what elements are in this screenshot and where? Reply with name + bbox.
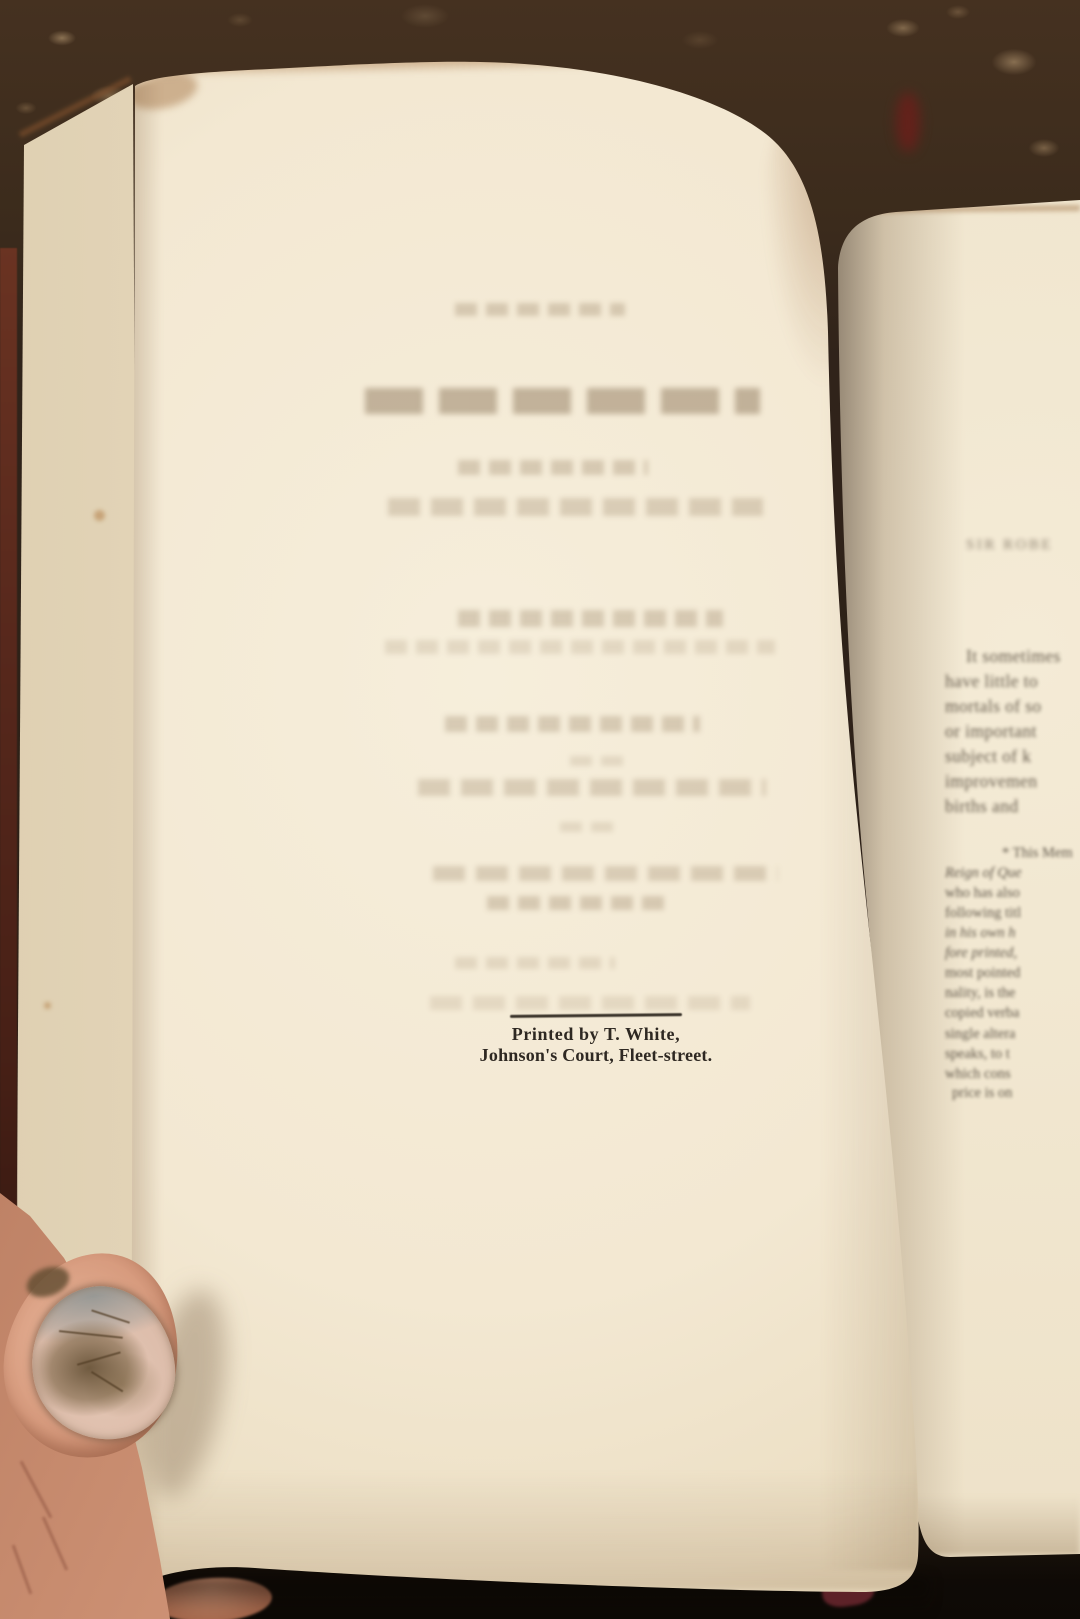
footnote-line: speaks, to t [945,1046,1080,1063]
printer-imprint-line1: Printed by T. White, [440,1024,752,1045]
showthrough-text-line [455,957,615,969]
right-page-text-line: improvemen [945,771,1080,792]
right-page-text-line: or important [945,721,1080,742]
foxing-spot [44,1002,51,1009]
footnote-line: price is on [952,1085,1080,1102]
footnote-line: Reign of Que [945,865,1080,882]
showthrough-text-line [385,640,775,654]
right-page-text-line: have little to [945,671,1080,692]
footnote-line: single altera [945,1026,1080,1043]
showthrough-text-line [430,996,750,1010]
right-page-text-line: mortals of so [945,696,1080,717]
showthrough-text-line [458,460,648,475]
showthrough-text-line [433,866,778,881]
footnote-line: copied verba [945,1005,1080,1022]
footnote-line: nality, is the [945,985,1080,1002]
showthrough-text-line [445,716,700,732]
foxing-spot [94,510,105,521]
nail-crack [77,1351,121,1365]
footnote-line: which cons [945,1066,1080,1083]
footnote-line: fore printed, [945,945,1080,962]
showthrough-text-line [388,498,763,516]
book-cover-edge-left [0,248,17,1258]
running-head: SIR ROBE [966,537,1080,554]
showthrough-text-line [560,822,615,832]
nail-crack [92,1309,130,1323]
showthrough-text-line [458,610,723,627]
showthrough-text-line [365,388,760,414]
right-page-text-line: subject of k [945,746,1080,767]
footnote-line: in his own h [945,925,1080,942]
imprint-rule [510,1013,682,1018]
footnote-line: * This Mem [1002,845,1080,862]
printer-imprint-line2: Johnson's Court, Fleet-street. [440,1045,752,1066]
nail-crack [59,1330,123,1339]
showthrough-text-line [570,756,630,766]
book-photograph: SIR ROBE It sometimes have little to mor… [0,0,1080,1619]
footnote-line: following titl [945,905,1080,922]
showthrough-text-line [418,779,766,796]
printer-imprint: Printed by T. White, Johnson's Court, Fl… [440,1014,752,1066]
right-page-text-line: It sometimes [966,646,1080,667]
right-page-text-line: births and [945,796,1080,817]
footnote-line: who has also [945,885,1080,902]
showthrough-text-line [455,303,625,316]
footnote-line: most pointed [945,965,1080,982]
nail-crack [91,1371,123,1392]
red-paint-spot [896,92,920,152]
showthrough-text-line [487,896,672,910]
